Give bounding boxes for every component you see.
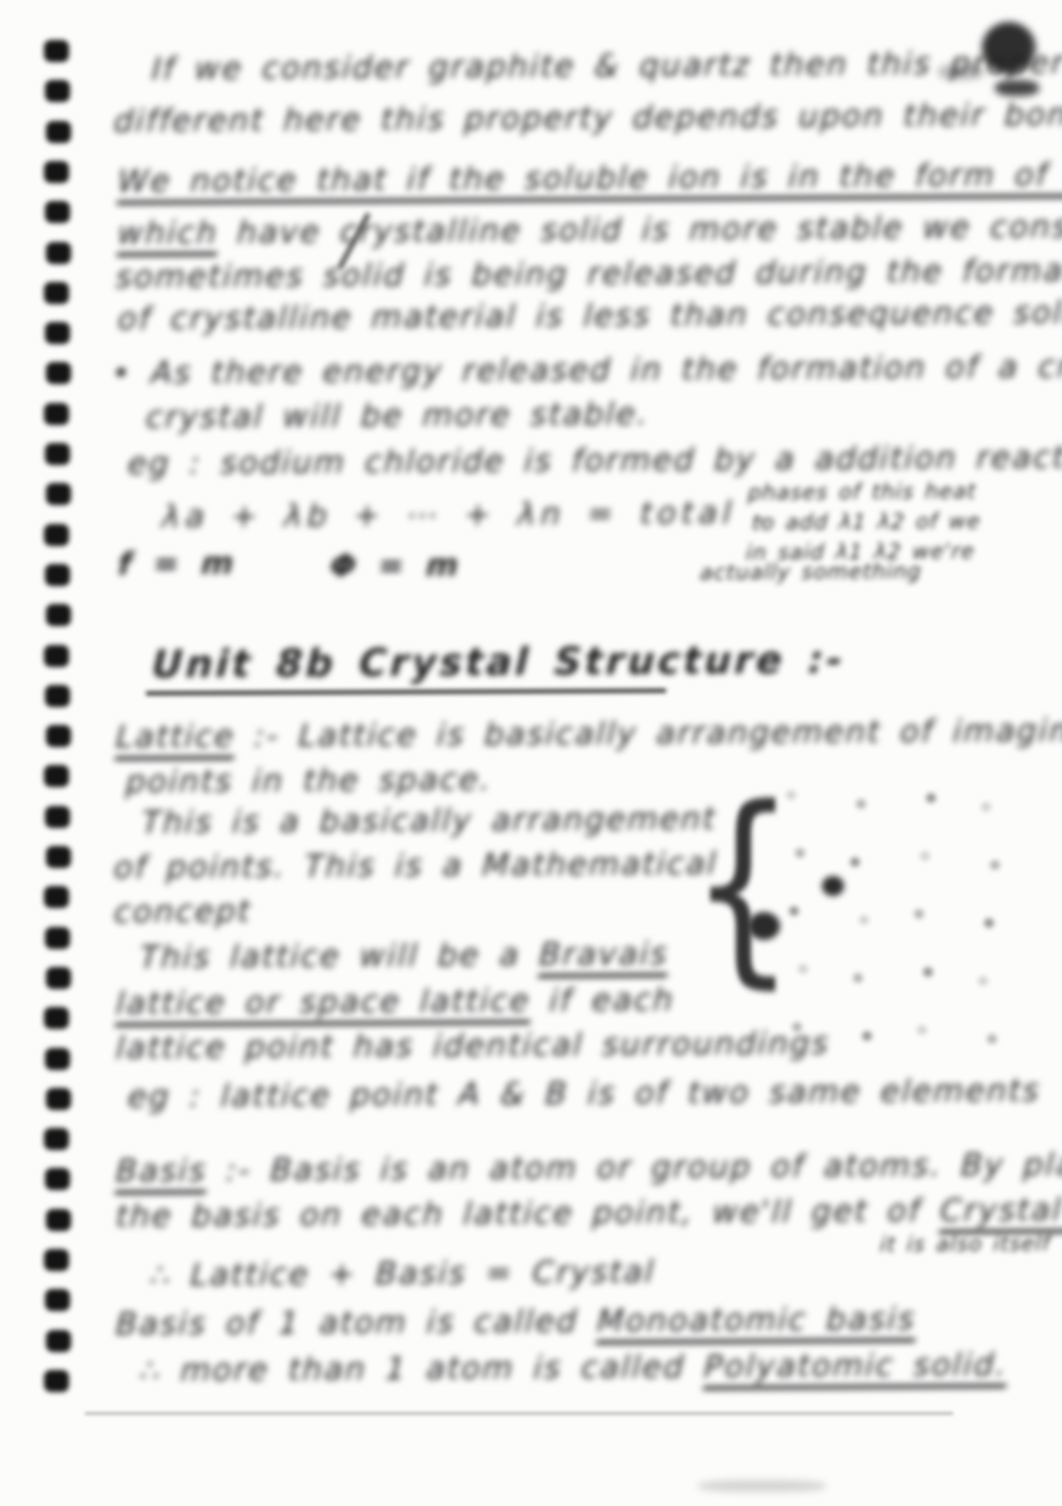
underlined-text: Basis (115, 1153, 208, 1195)
note-line: of crystalline material is less than con… (117, 295, 1062, 338)
note-line: points in the space. (125, 762, 492, 801)
binding-hole (46, 362, 71, 384)
lattice-dot (987, 1034, 997, 1044)
lattice-dot (853, 973, 863, 983)
binding-hole (45, 685, 70, 707)
note-text: :- Lattice is basically arrangement of i… (234, 712, 1062, 754)
note-line: different here this property depends upo… (113, 96, 1062, 139)
underlined-text: Crystal Struct (939, 1191, 1062, 1234)
section-heading: Unit 8b Crystal Structure :- (151, 638, 846, 687)
sketch-blob (822, 876, 844, 896)
binding-hole (44, 1370, 69, 1392)
lattice-dot (850, 857, 860, 867)
binding-hole (46, 121, 71, 143)
note-text: the basis on each lattice point, we'll g… (115, 1193, 941, 1235)
margin-note-line: to add λ1 λ2 of we (751, 509, 981, 535)
note-line: Lattice :- Lattice is basically arrangem… (115, 712, 1062, 755)
note-text: This lattice will be a (139, 937, 540, 976)
note-line: crystal will be more stable. (145, 396, 650, 436)
binding-hole (44, 1128, 69, 1150)
underlined-text: Bravais (538, 936, 669, 978)
binding-hole (44, 524, 69, 546)
lattice-dot (923, 967, 933, 977)
note-text: ∴ more than 1 atom is called (139, 1349, 705, 1389)
binding-hole (45, 443, 70, 465)
underlined-text: lattice or space lattice (115, 983, 532, 1027)
binding-hole (46, 1088, 71, 1110)
note-line: This is a basically arrangement (141, 801, 717, 841)
note-text: :- Basis is an atom or group of atoms. B… (206, 1146, 1062, 1189)
note-line: concept (113, 894, 252, 931)
margin-note-line: actually something (699, 559, 922, 585)
binding-hole (44, 403, 69, 425)
note-line: sometimes solid is being released during… (115, 252, 1062, 295)
note-line: which have crystalline solid is more sta… (117, 208, 1062, 251)
margin-note-line: phases of this heat (747, 479, 976, 505)
note-line: ∴ Lattice + Basis = Crystal (149, 1254, 656, 1294)
binding-hole (45, 80, 70, 102)
binding-hole (45, 322, 70, 344)
underlined-text: Lattice (115, 719, 236, 761)
lattice-dot (786, 790, 796, 800)
scanned-notebook-page: If we consider graphite & quartz then th… (0, 0, 1062, 1506)
note-text: if each (530, 982, 676, 1019)
underlined-text: which (117, 215, 219, 257)
binding-hole (46, 1330, 71, 1352)
lattice-dot (978, 976, 988, 986)
binding-hole (44, 1007, 69, 1029)
note-line: of points. This is a Mathematical (113, 846, 718, 886)
binding-hole (45, 1048, 70, 1070)
page-bottom-rule (85, 1412, 953, 1415)
lattice-dot (859, 915, 869, 925)
sketch-blob (748, 912, 780, 940)
binding-hole (46, 1209, 71, 1231)
binding-hole (46, 604, 71, 626)
note-line: This lattice will be a Bravais (139, 936, 669, 976)
underlined-text: We notice that if the soluble ion is in … (117, 156, 1062, 205)
lattice-dot (798, 964, 808, 974)
binding-hole (44, 886, 69, 908)
binding-hole (46, 242, 71, 264)
lattice-dot (917, 1025, 927, 1035)
note-line: the basis on each lattice point, we'll g… (115, 1191, 1062, 1234)
note-line: lattice or space lattice if each (115, 982, 675, 1022)
lattice-dot (990, 860, 1000, 870)
binding-hole (46, 967, 71, 989)
lattice-dot (789, 906, 799, 916)
binding-hole (45, 927, 70, 949)
binding-hole (44, 40, 69, 62)
lattice-dot (856, 799, 866, 809)
lattice-dot (984, 918, 994, 928)
binding-hole (46, 846, 71, 868)
binding-hole (46, 483, 71, 505)
note-text: have crystalline solid is more stable we… (217, 208, 1062, 251)
note-line: eg : sodium chloride is formed by a addi… (127, 438, 1062, 482)
note-line: lattice point has identical surroundings (115, 1026, 831, 1067)
margin-note-line: it is also itself (879, 1231, 1051, 1256)
note-line: • As there energy released in the format… (111, 348, 1062, 391)
binding-hole (44, 282, 69, 304)
binding-hole (45, 1289, 70, 1311)
binding-hole (46, 725, 71, 747)
note-line: We notice that if the soluble ion is in … (117, 156, 1062, 200)
binding-hole (45, 1168, 70, 1190)
binding-hole (45, 201, 70, 223)
note-line: f = m (117, 546, 236, 583)
binding-hole (44, 765, 69, 787)
lattice-sketch-brace: { (689, 780, 796, 990)
note-line: Basis of 1 atom is called Monoatomic bas… (115, 1301, 917, 1343)
underlined-text: Polyatomic solid. (703, 1347, 1008, 1390)
lattice-dot (920, 851, 930, 861)
note-line: Φ = m (329, 548, 461, 585)
ink-smudge (995, 80, 1039, 96)
note-line: If we consider graphite & quartz then th… (151, 45, 1062, 88)
formula-line: λa + λb + ⋯ + λn = total . (161, 495, 774, 535)
binding-hole (44, 161, 69, 183)
note-line: Basis :- Basis is an atom or group of at… (115, 1146, 1062, 1189)
lattice-dot (914, 909, 924, 919)
heading-underline (146, 689, 666, 696)
lattice-dot (981, 802, 991, 812)
lattice-dot (926, 793, 936, 803)
binding-hole (45, 806, 70, 828)
ink-smudge (698, 1480, 826, 1492)
note-line: eg : lattice point A & B is of two same … (127, 1073, 1041, 1115)
binding-hole (45, 564, 70, 586)
note-line: ∴ more than 1 atom is called Polyatomic … (139, 1347, 1008, 1389)
note-text: Basis of 1 atom is called (115, 1303, 598, 1342)
lattice-dot (795, 848, 805, 858)
underlined-text: Monoatomic basis (596, 1301, 917, 1344)
binding-hole (44, 645, 69, 667)
binding-hole (44, 1249, 69, 1271)
lattice-dot (862, 1031, 872, 1041)
